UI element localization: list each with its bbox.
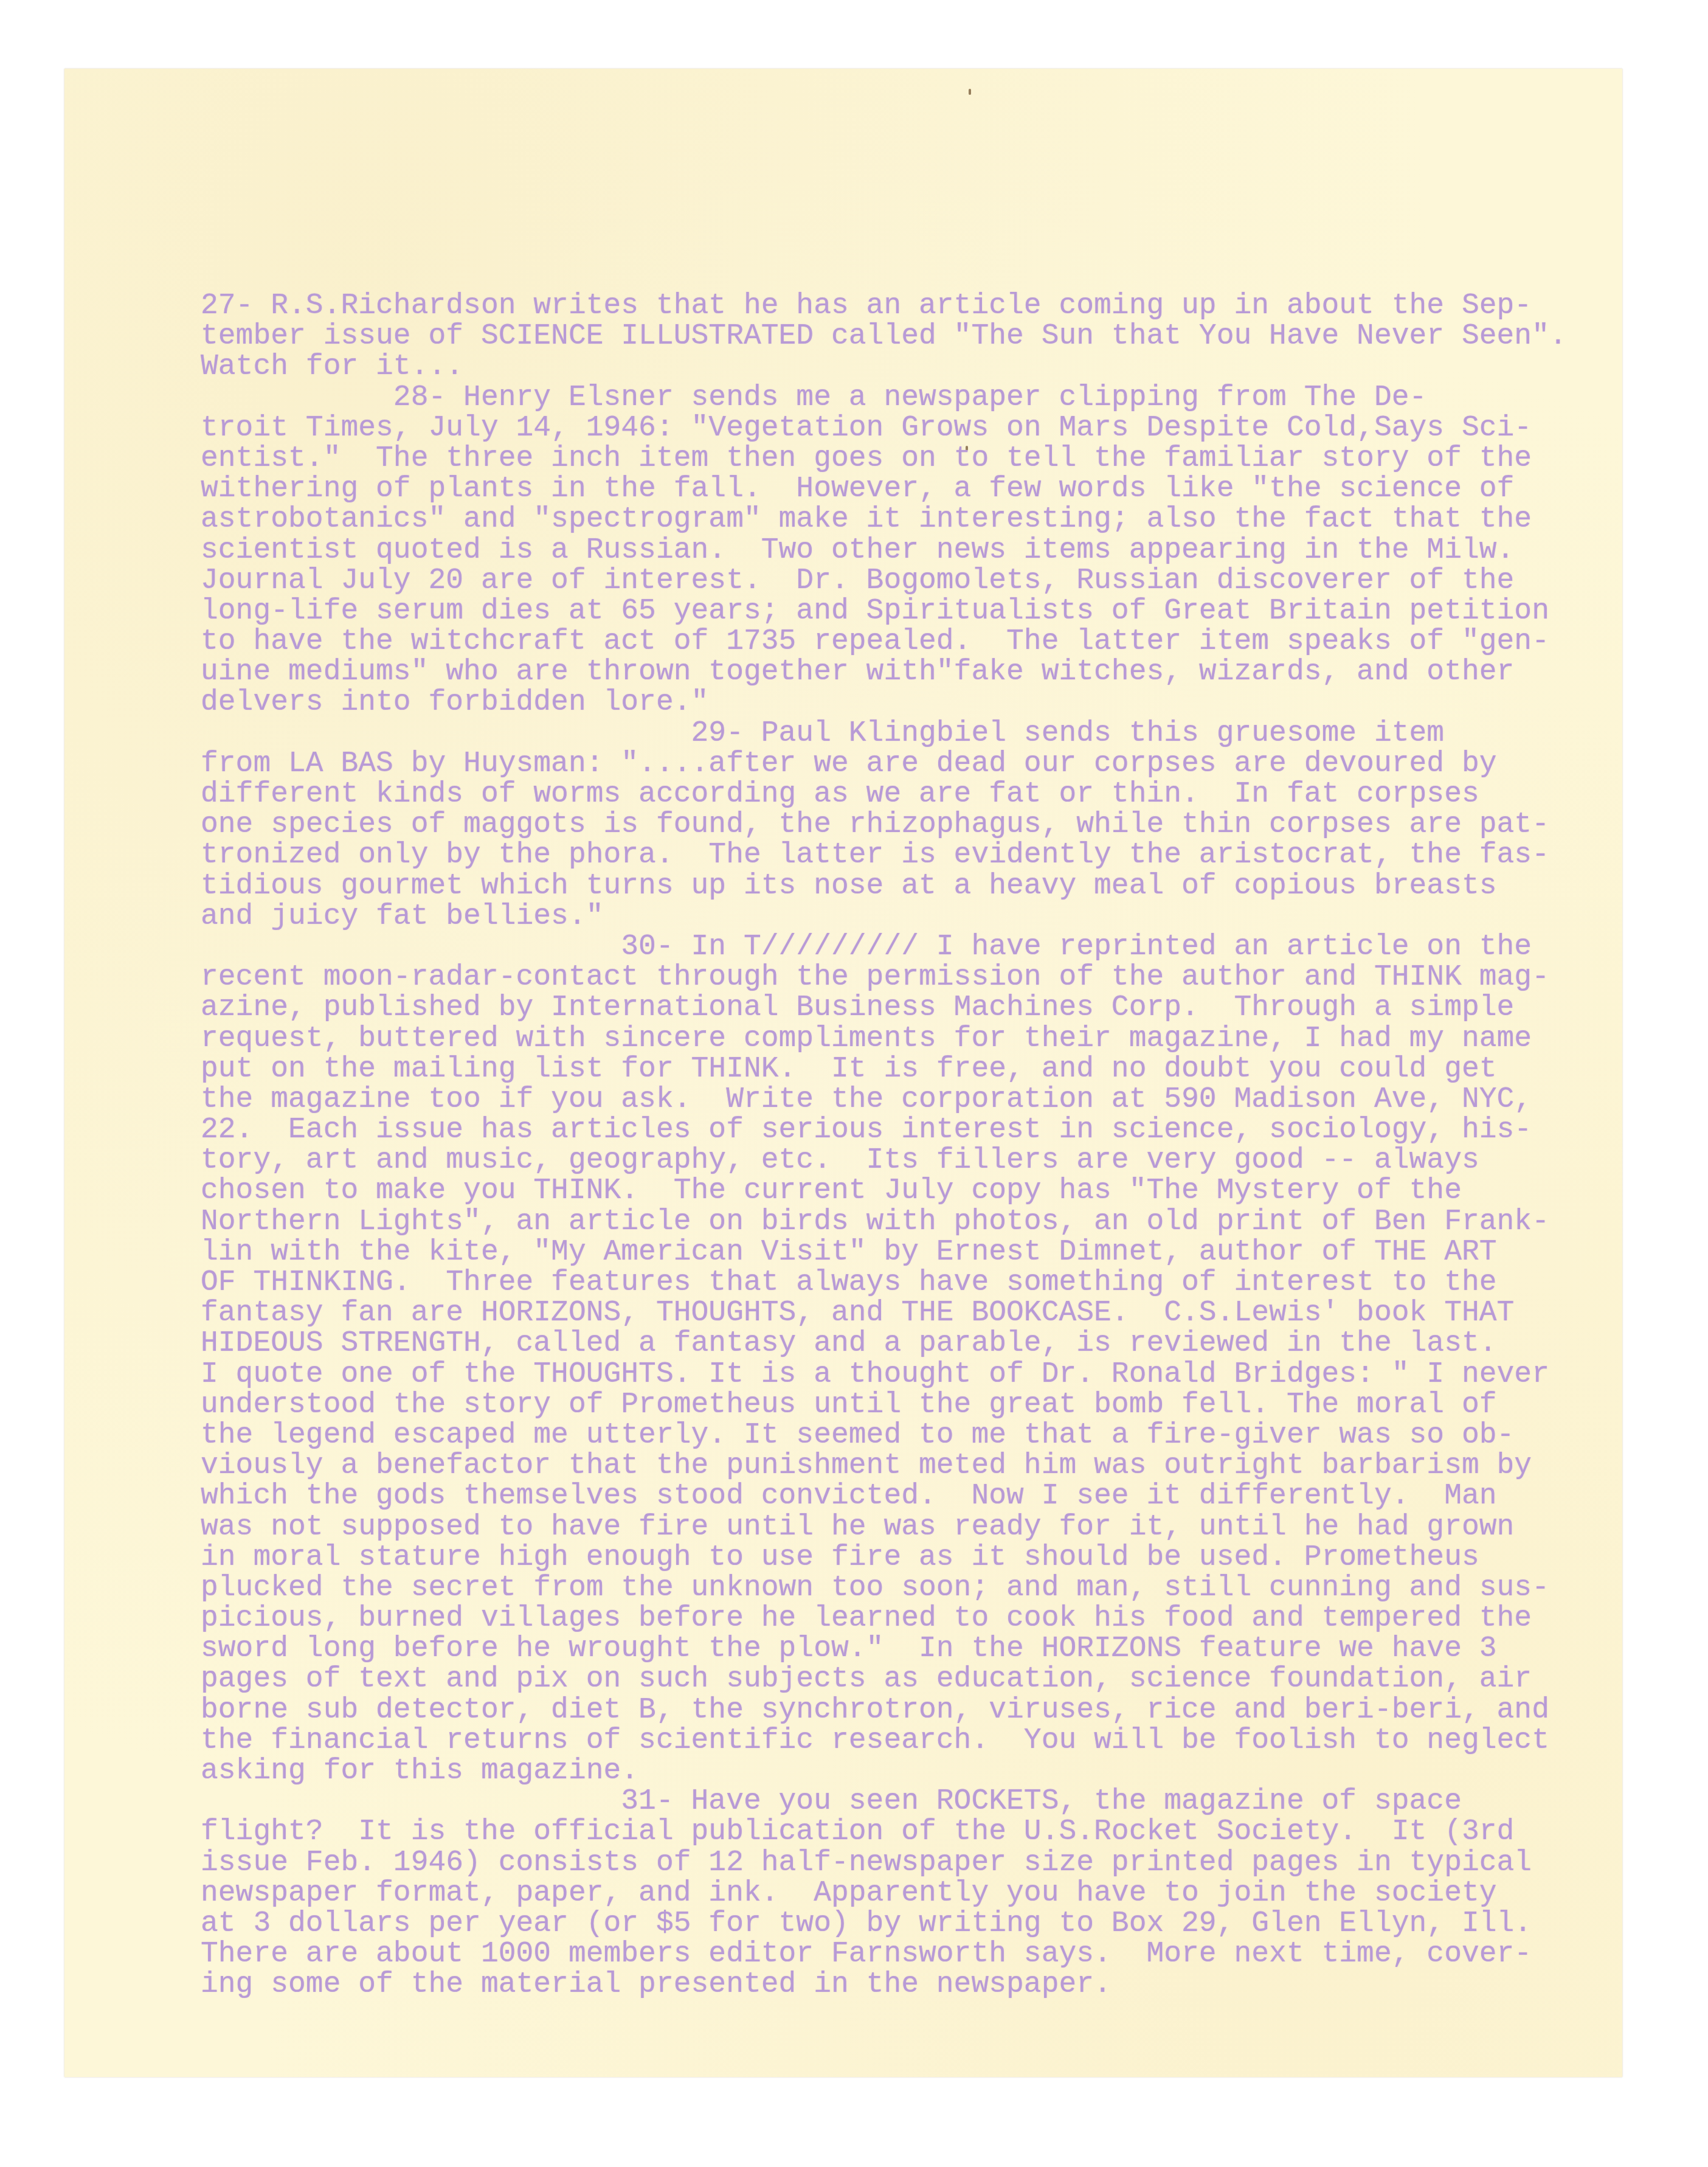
- text-line: borne sub detector, diet B, the synchrot…: [201, 1695, 1567, 1725]
- text-line: OF THINKING. Three features that always …: [201, 1267, 1567, 1298]
- text-line: Northern Lights", an article on birds wi…: [201, 1207, 1567, 1237]
- text-line: troit Times, July 14, 1946: "Vegetation …: [201, 413, 1567, 443]
- ink-speck: [969, 89, 971, 95]
- text-line: sword long before he wrought the plow." …: [201, 1634, 1567, 1664]
- text-line: in moral stature high enough to use fire…: [201, 1542, 1567, 1573]
- text-line: Watch for it...: [201, 352, 1567, 382]
- text-line: recent moon-radar-contact through the pe…: [201, 962, 1567, 993]
- text-line: understood the story of Prometheus until…: [201, 1390, 1567, 1420]
- text-line: flight? It is the official publication o…: [201, 1817, 1567, 1847]
- text-line: 22. Each issue has articles of serious i…: [201, 1115, 1567, 1145]
- text-line: tronized only by the phora. The latter i…: [201, 840, 1567, 870]
- text-line: was not supposed to have fire until he w…: [201, 1512, 1567, 1542]
- text-line: different kinds of worms according as we…: [201, 779, 1567, 810]
- text-line: 28- Henry Elsner sends me a newspaper cl…: [201, 383, 1567, 413]
- text-line: from LA BAS by Huysman: "....after we ar…: [201, 749, 1567, 779]
- text-line: long-life serum dies at 65 years; and Sp…: [201, 596, 1567, 626]
- text-line: 27- R.S.Richardson writes that he has an…: [201, 291, 1567, 321]
- text-line: 31- Have you seen ROCKETS, the magazine …: [201, 1786, 1567, 1817]
- document-body: 27- R.S.Richardson writes that he has an…: [201, 291, 1567, 2000]
- text-line: uine mediums" who are thrown together wi…: [201, 657, 1567, 687]
- text-line: withering of plants in the fall. However…: [201, 474, 1567, 504]
- text-line: I quote one of the THOUGHTS. It is a tho…: [201, 1359, 1567, 1390]
- text-line: azine, published by International Busine…: [201, 993, 1567, 1023]
- text-line: one species of maggots is found, the rhi…: [201, 810, 1567, 840]
- text-line: There are about 1000 members editor Farn…: [201, 1939, 1567, 1969]
- text-line: plucked the secret from the unknown too …: [201, 1573, 1567, 1603]
- text-line: Journal July 20 are of interest. Dr. Bog…: [201, 566, 1567, 596]
- text-line: fantasy fan are HORIZONS, THOUGHTS, and …: [201, 1298, 1567, 1328]
- text-line: viously a benefactor that the punishment…: [201, 1451, 1567, 1481]
- text-line: 30- In T///////// I have reprinted an ar…: [201, 932, 1567, 962]
- text-line: the legend escaped me utterly. It seemed…: [201, 1420, 1567, 1451]
- text-line: tidious gourmet which turns up its nose …: [201, 871, 1567, 901]
- text-line: delvers into forbidden lore.": [201, 687, 1567, 718]
- text-line: the financial returns of scientific rese…: [201, 1725, 1567, 1756]
- text-line: put on the mailing list for THINK. It is…: [201, 1054, 1567, 1084]
- text-line: which the gods themselves stood convicte…: [201, 1481, 1567, 1511]
- text-line: to have the witchcraft act of 1735 repea…: [201, 626, 1567, 657]
- text-line: ing some of the material presented in th…: [201, 1969, 1567, 2000]
- text-line: newspaper format, paper, and ink. Appare…: [201, 1878, 1567, 1909]
- text-line: scientist quoted is a Russian. Two other…: [201, 535, 1567, 566]
- text-line: picious, burned villages before he learn…: [201, 1603, 1567, 1634]
- text-line: request, buttered with sincere complimen…: [201, 1024, 1567, 1054]
- text-line: tory, art and music, geography, etc. Its…: [201, 1145, 1567, 1176]
- text-line: chosen to make you THINK. The current Ju…: [201, 1176, 1567, 1206]
- text-line: lin with the kite, "My American Visit" b…: [201, 1237, 1567, 1267]
- text-line: and juicy fat bellies.": [201, 901, 1567, 932]
- text-line: the magazine too if you ask. Write the c…: [201, 1084, 1567, 1115]
- text-line: asking for this magazine.: [201, 1756, 1567, 1786]
- text-line: at 3 dollars per year (or $5 for two) by…: [201, 1909, 1567, 1939]
- text-line: pages of text and pix on such subjects a…: [201, 1664, 1567, 1694]
- text-line: 29- Paul Klingbiel sends this gruesome i…: [201, 718, 1567, 749]
- text-line: tember issue of SCIENCE ILLUSTRATED call…: [201, 321, 1567, 352]
- text-line: HIDEOUS STRENGTH, called a fantasy and a…: [201, 1328, 1567, 1359]
- text-line: astrobotanics" and "spectrogram" make it…: [201, 504, 1567, 535]
- text-line: issue Feb. 1946) consists of 12 half-new…: [201, 1848, 1567, 1878]
- text-line: entist." The three inch item then goes o…: [201, 443, 1567, 474]
